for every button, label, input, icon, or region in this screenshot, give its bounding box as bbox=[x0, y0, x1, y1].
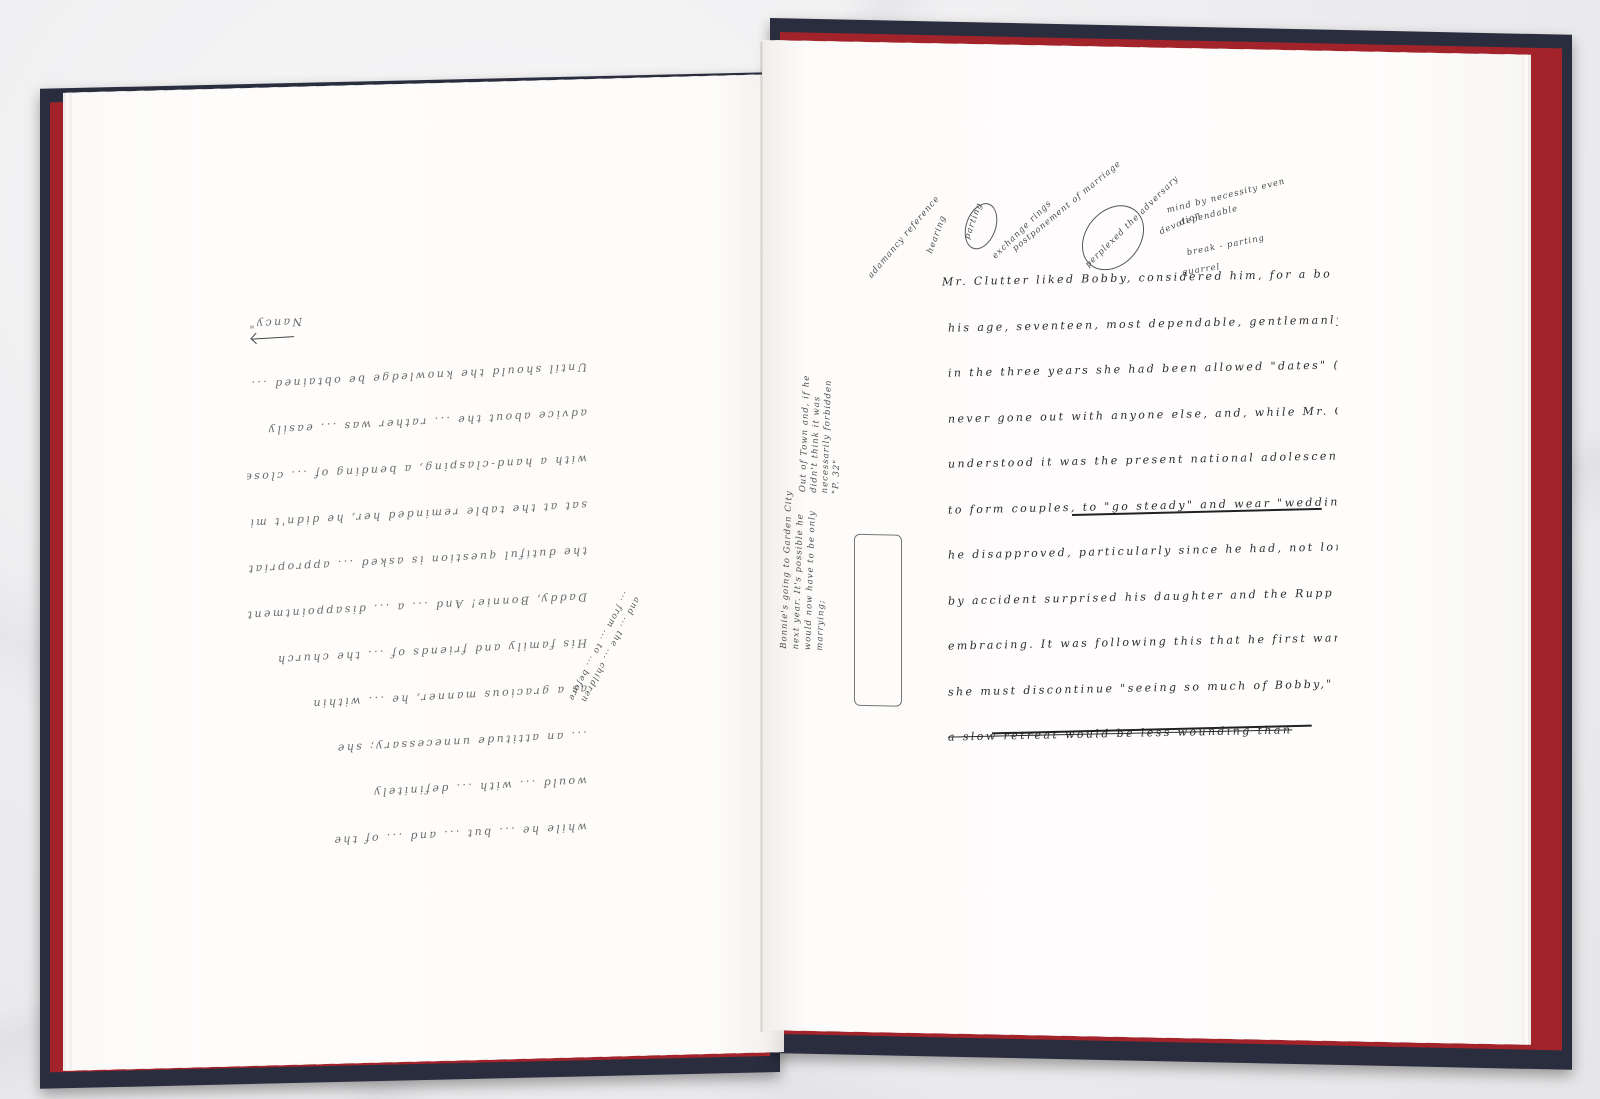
manuscript-line: Mr. Clutter liked Bobby, considered him,… bbox=[942, 267, 1332, 288]
left-page: Nancy"Until should the knowledge be obta… bbox=[72, 74, 784, 1071]
bleed-through-line: the dutiful question is asked ... approp… bbox=[247, 544, 587, 575]
bleed-through-line: Daddy, Bonnie! And ... a ... disappointm… bbox=[247, 590, 587, 621]
side-note-box bbox=[854, 534, 902, 707]
bleed-through-line: His family and friends of ... the church bbox=[247, 636, 587, 667]
circled-note-parting bbox=[959, 198, 1004, 254]
bleed-through-line: sat at the table reminded her, he didn't… bbox=[247, 498, 587, 529]
bleed-through-line: while he ... but ... and ... of the bbox=[247, 820, 587, 851]
bleed-through-line: as a gracious manner, he ... within bbox=[247, 682, 587, 713]
manuscript-line: by accident surprised his daughter and t… bbox=[948, 586, 1338, 607]
manuscript-line: he disapproved, particularly since he ha… bbox=[948, 540, 1338, 561]
left-margin-note: and ... the ... children ... from ... to… bbox=[560, 590, 642, 717]
book-gutter bbox=[760, 42, 763, 1032]
right-page: adamancy referencehearingpartingexchange… bbox=[762, 40, 1522, 1045]
bleed-through-line: ... an attitude unnecessary; she bbox=[247, 728, 587, 759]
bleed-through-line: Nancy" bbox=[247, 299, 587, 330]
margin-note: break - parting bbox=[1186, 233, 1266, 258]
manuscript-line: in the three years she had been allowed … bbox=[948, 358, 1338, 379]
manuscript-line: she must discontinue "seeing so much of … bbox=[948, 677, 1338, 698]
bleed-through-line: with a hand-clasping, a bending of ... c… bbox=[247, 452, 587, 483]
side-note-1: Out of Town and, if he didn't think it w… bbox=[798, 362, 847, 494]
manuscript-line: embracing. It was following this that he… bbox=[948, 631, 1338, 652]
manuscript-line: never gone out with anyone else, and, wh… bbox=[948, 404, 1338, 425]
manuscript-line: understood it was the present national a… bbox=[948, 449, 1338, 470]
manuscript-line: his age, seventeen, most dependable, gen… bbox=[948, 313, 1338, 334]
margin-note: hearing bbox=[925, 214, 948, 255]
bleed-through-line: advice about the ... rather was ... easi… bbox=[247, 406, 587, 437]
bleed-through-line: would ... with ... definitely bbox=[247, 774, 587, 805]
bleed-through-line: Until should the knowledge be obtained .… bbox=[247, 360, 587, 391]
side-note-2: Bonnie's going to Garden City next year.… bbox=[778, 479, 832, 651]
arrow-left-icon bbox=[252, 336, 294, 340]
